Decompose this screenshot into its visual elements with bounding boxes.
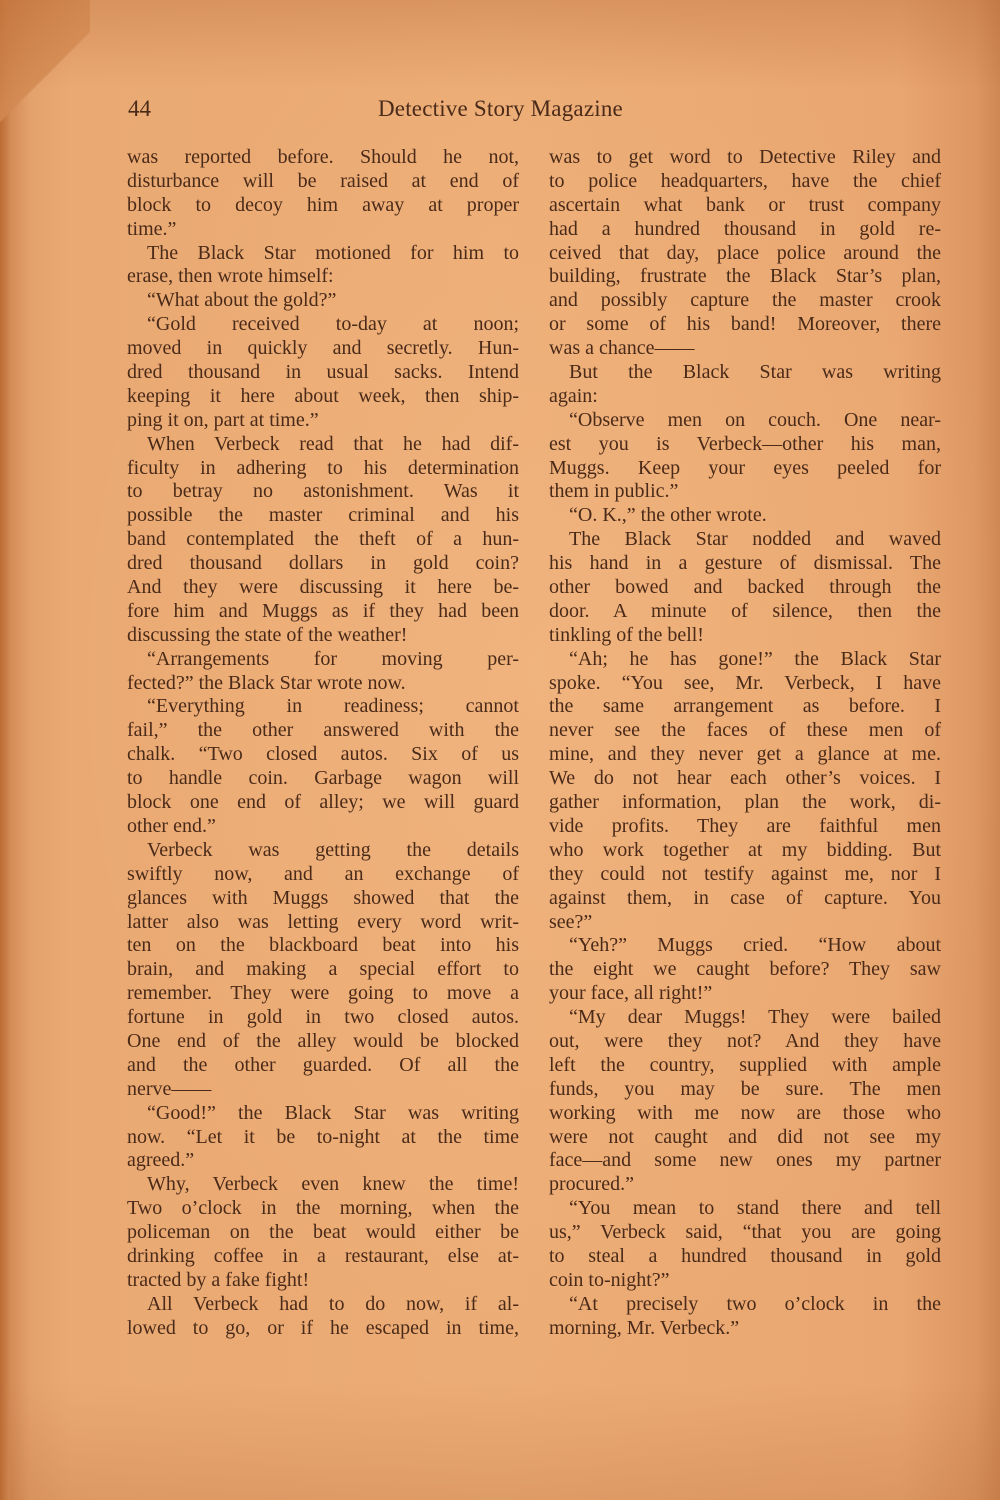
text-line: ten on the blackboard beat into his — [127, 934, 519, 958]
text-line: building, frustrate the Black Star’s pla… — [549, 265, 941, 289]
text-line: they could not testify against me, nor I — [549, 863, 941, 887]
text-line: All Verbeck had to do now, if al- — [127, 1293, 519, 1317]
text-line: now. “Let it be to-night at the time — [127, 1126, 519, 1150]
text-line: “My dear Muggs! They were bailed — [549, 1006, 941, 1030]
text-line: never see the faces of these men of — [549, 719, 941, 743]
text-line: “What about the gold?” — [127, 289, 519, 313]
page-number: 44 — [128, 96, 151, 122]
text-line: swiftly now, and an exchange of — [127, 863, 519, 887]
text-line: face—and some new ones my partner — [549, 1149, 941, 1173]
text-line: tracted by a fake fight! — [127, 1269, 519, 1293]
text-line: time.” — [127, 218, 519, 242]
text-line: to betray no astonishment. Was it — [127, 480, 519, 504]
text-line: erase, then wrote himself: — [127, 265, 519, 289]
text-line: funds, you may be sure. The men — [549, 1078, 941, 1102]
text-line: spoke. “You see, Mr. Verbeck, I have — [549, 672, 941, 696]
text-line: remember. They were going to move a — [127, 982, 519, 1006]
text-line: ping it on, part at time.” — [127, 409, 519, 433]
text-line: chalk. “Two closed autos. Six of us — [127, 743, 519, 767]
text-line: nerve—— — [127, 1078, 519, 1102]
magazine-page: 44 Detective Story Magazine was reported… — [0, 0, 1000, 1500]
text-line: out, were they not? And they have — [549, 1030, 941, 1054]
text-line: morning, Mr. Verbeck.” — [549, 1317, 941, 1341]
text-line: to handle coin. Garbage wagon will — [127, 767, 519, 791]
text-line: block one end of alley; we will guard — [127, 791, 519, 815]
text-line: Muggs. Keep your eyes peeled for — [549, 457, 941, 481]
text-line: We do not hear each other’s voices. I — [549, 767, 941, 791]
text-line: ascertain what bank or trust company — [549, 194, 941, 218]
text-line: The Black Star motioned for him to — [127, 242, 519, 266]
text-line: “Everything in readiness; cannot — [127, 695, 519, 719]
text-line: “Observe men on couch. One near- — [549, 409, 941, 433]
text-line: tinkling of the bell! — [549, 624, 941, 648]
text-line: mine, and they never get a glance at me. — [549, 743, 941, 767]
running-title: Detective Story Magazine — [378, 96, 623, 122]
text-line: keeping it here about week, then ship- — [127, 385, 519, 409]
text-line: your face, all right!” — [549, 982, 941, 1006]
text-line: “Yeh?” Muggs cried. “How about — [549, 934, 941, 958]
text-line: disturbance will be raised at end of — [127, 170, 519, 194]
left-text-column: was reported before. Should he not,distu… — [127, 146, 519, 1341]
text-line: see?” — [549, 911, 941, 935]
text-line: to steal a hundred thousand in gold — [549, 1245, 941, 1269]
text-line: was a chance—— — [549, 337, 941, 361]
text-line: Verbeck was getting the details — [127, 839, 519, 863]
text-line: other end.” — [127, 815, 519, 839]
text-line: “Good!” the Black Star was writing — [127, 1102, 519, 1126]
text-line: the eight we caught before? They saw — [549, 958, 941, 982]
text-line: “Ah; he has gone!” the Black Star — [549, 648, 941, 672]
text-line: procured.” — [549, 1173, 941, 1197]
text-line: us,” Verbeck said, “that you are going — [549, 1221, 941, 1245]
text-line: “You mean to stand there and tell — [549, 1197, 941, 1221]
text-line: est you is Verbeck—other his man, — [549, 433, 941, 457]
text-line: against them, in case of capture. You — [549, 887, 941, 911]
text-line: to police headquarters, have the chief — [549, 170, 941, 194]
text-line: left the country, supplied with ample — [549, 1054, 941, 1078]
text-line: drinking coffee in a restaurant, else at… — [127, 1245, 519, 1269]
text-line: ficulty in adhering to his determination — [127, 457, 519, 481]
text-line: and the other guarded. Of all the — [127, 1054, 519, 1078]
binding-edge — [0, 0, 10, 1500]
text-line: had a hundred thousand in gold re- — [549, 218, 941, 242]
text-line: lowed to go, or if he escaped in time, — [127, 1317, 519, 1341]
text-line: door. A minute of silence, then the — [549, 600, 941, 624]
folded-corner — [0, 0, 90, 130]
text-line: latter also was letting every word writ- — [127, 911, 519, 935]
text-line: dred thousand dollars in gold coin? — [127, 552, 519, 576]
text-line: was to get word to Detective Riley and — [549, 146, 941, 170]
text-line: who work together at my bidding. But — [549, 839, 941, 863]
text-line: them in public.” — [549, 480, 941, 504]
text-line: working with me now are those who — [549, 1102, 941, 1126]
text-line: possible the master criminal and his — [127, 504, 519, 528]
text-line: “Gold received to-day at noon; — [127, 313, 519, 337]
text-line: was reported before. Should he not, — [127, 146, 519, 170]
text-line: fected?” the Black Star wrote now. — [127, 672, 519, 696]
text-line: the same arrangement as before. I — [549, 695, 941, 719]
text-line: policeman on the beat would either be — [127, 1221, 519, 1245]
text-line: vide profits. They are faithful men — [549, 815, 941, 839]
text-line: “O. K.,” the other wrote. — [549, 504, 941, 528]
text-line: and possibly capture the master crook — [549, 289, 941, 313]
text-line: brain, and making a special effort to — [127, 958, 519, 982]
text-line: glances with Muggs showed that the — [127, 887, 519, 911]
text-line: again: — [549, 385, 941, 409]
text-line: One end of the alley would be blocked — [127, 1030, 519, 1054]
text-line: Why, Verbeck even knew the time! — [127, 1173, 519, 1197]
text-line: moved in quickly and secretly. Hun- — [127, 337, 519, 361]
text-line: band contemplated the theft of a hun- — [127, 528, 519, 552]
text-line: were not caught and did not see my — [549, 1126, 941, 1150]
text-line: ceived that day, place police around the — [549, 242, 941, 266]
text-line: The Black Star nodded and waved — [549, 528, 941, 552]
text-line: coin to-night?” — [549, 1269, 941, 1293]
text-line: dred thousand in usual sacks. Intend — [127, 361, 519, 385]
text-line: gather information, plan the work, di- — [549, 791, 941, 815]
text-line: Two o’clock in the morning, when the — [127, 1197, 519, 1221]
right-text-column: was to get word to Detective Riley andto… — [549, 146, 941, 1341]
text-line: “Arrangements for moving per- — [127, 648, 519, 672]
text-line: other bowed and backed through the — [549, 576, 941, 600]
text-line: agreed.” — [127, 1149, 519, 1173]
text-line: discussing the state of the weather! — [127, 624, 519, 648]
text-line: fail,” the other answered with the — [127, 719, 519, 743]
text-line: fortune in gold in two closed autos. — [127, 1006, 519, 1030]
text-line: block to decoy him away at proper — [127, 194, 519, 218]
text-line: And they were discussing it here be- — [127, 576, 519, 600]
page-header: 44 Detective Story Magazine — [128, 96, 948, 132]
text-line: his hand in a gesture of dismissal. The — [549, 552, 941, 576]
text-line: fore him and Muggs as if they had been — [127, 600, 519, 624]
text-line: But the Black Star was writing — [549, 361, 941, 385]
text-line: or some of his band! Moreover, there — [549, 313, 941, 337]
text-line: “At precisely two o’clock in the — [549, 1293, 941, 1317]
text-line: When Verbeck read that he had dif- — [127, 433, 519, 457]
